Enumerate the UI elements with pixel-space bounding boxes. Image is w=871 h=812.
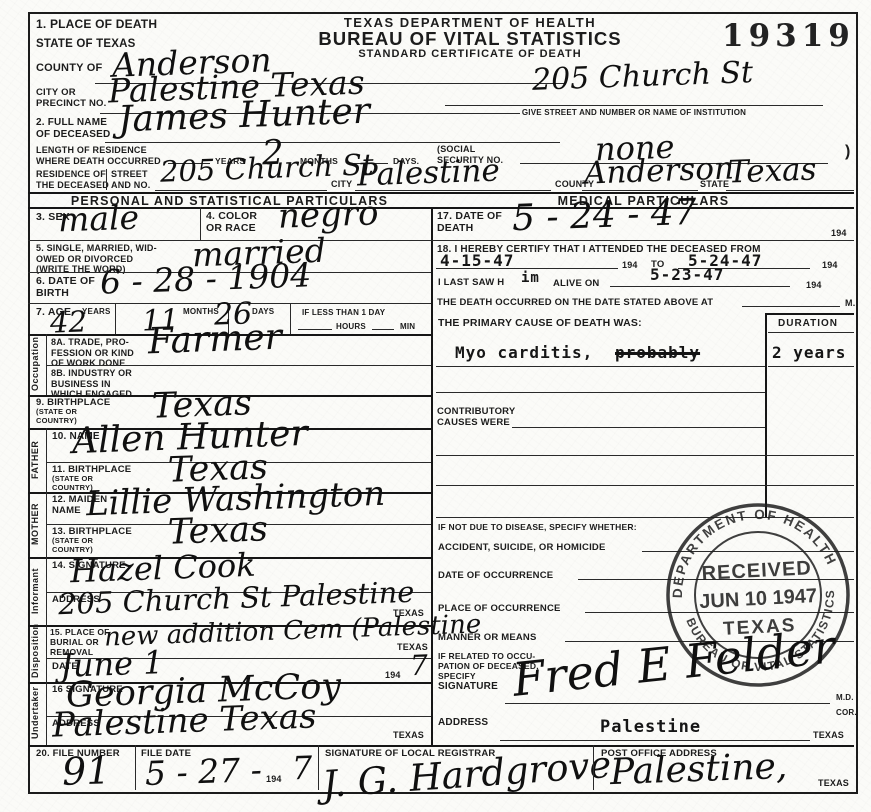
dod-year-stub: 194 (831, 228, 847, 239)
father-side-label: FATHER (30, 432, 45, 488)
contributory-label: CONTRIBUTORY CAUSES WERE (437, 406, 515, 428)
not-disease-label: IF NOT DUE TO DISEASE, SPECIFY WHETHER: (438, 522, 637, 532)
place-of-death-label: 1. PLACE OF DEATH (36, 17, 157, 31)
physician-signature-label: SIGNATURE (438, 681, 498, 693)
bureau-title: BUREAU OF VITAL STATISTICS (270, 28, 670, 50)
duration-label: DURATION (778, 318, 838, 330)
occurred-m-label: M. (845, 298, 855, 309)
death-certificate-scan: 1. PLACE OF DEATH STATE OF TEXAS TEXAS D… (0, 0, 871, 812)
attended-from-value: 4-15-47 (440, 253, 514, 269)
street-hint-label: GIVE STREET AND NUMBER OR NAME OF INSTIT… (445, 108, 823, 117)
residence-state-value: Texas (727, 154, 817, 188)
burial-date-year-stub: 194 (385, 670, 401, 681)
death-occurred-label: THE DEATH OCCURRED ON THE DATE STATED AB… (437, 297, 713, 308)
street-institution-value: 205 Church St (532, 58, 754, 96)
last-saw-pre-label: I LAST SAW H (438, 277, 504, 288)
residence-state-label: STATE (700, 179, 729, 190)
manner-or-means-label: MANNER OR MEANS (438, 632, 537, 643)
residence-of-label: RESIDENCE OF THE DECEASED (36, 169, 109, 190)
stamp-received-text: RECEIVED (701, 557, 812, 585)
birthdate-label: 6. DATE OF BIRTH (36, 275, 95, 300)
mother-side-label: MOTHER (30, 496, 45, 552)
birthdate-value: 6 - 28 - 1904 (99, 258, 311, 298)
date-of-death-value: 5 - 24 - 47 (511, 195, 697, 237)
min-label: MIN (400, 322, 415, 331)
file-date-year-value: 7 (291, 752, 312, 785)
certificate-title: STANDARD CERTIFICATE OF DEATH (300, 48, 640, 61)
undertaker-address-value: Palestine Texas (51, 699, 317, 742)
fullname-label: 2. FULL NAME OF DECEASED (36, 117, 110, 141)
length-residence-label: LENGTH OF RESIDENCE WHERE DEATH OCCURRED (36, 145, 161, 166)
age-days-label: DAYS (252, 307, 274, 316)
primary-cause-label: THE PRIMARY CAUSE OF DEATH WAS: (438, 317, 642, 329)
city-precinct-label: CITY OR PRECINCT NO. (36, 87, 107, 109)
post-office-texas: TEXAS (818, 778, 849, 789)
occupation-side-label: Occupation (30, 336, 45, 392)
primary-cause-value: Myo carditis, (455, 345, 593, 361)
attended-from-year-stub: 194 (622, 260, 638, 271)
file-number-value: 91 (61, 751, 111, 791)
primary-cause-struck-word: probably (615, 345, 700, 361)
cor-label: COR. (836, 708, 857, 717)
attended-to-year-stub: 194 (822, 260, 838, 271)
residence-city-value: Palestine (357, 156, 501, 192)
physician-address-texas: TEXAS (813, 730, 844, 741)
street-and-no-label: STREET AND NO. (111, 169, 150, 190)
file-date-value: 5 - 27 - (144, 753, 262, 790)
sex-value: male (57, 201, 139, 237)
fullname-value: James Hunter (117, 94, 370, 139)
ssn-close-paren: ) (845, 143, 851, 162)
certificate-number-stamp: 19319 (722, 18, 855, 54)
trade-value: Farmer (147, 320, 282, 361)
file-date-year-stub: 194 (266, 774, 282, 785)
physician-address-value: Palestine (600, 719, 701, 736)
informant-side-label: Informant (30, 562, 45, 620)
less-than-day-label: IF LESS THAN 1 DAY (302, 308, 385, 317)
hours-label: HOURS (336, 322, 366, 331)
last-saw-date-value: 5-23-47 (650, 267, 724, 283)
race-label: 4. COLOR OR RACE (206, 210, 257, 235)
undertaker-side-label: Undertaker (30, 686, 45, 740)
race-value: negro (277, 196, 379, 233)
stamp-date-text: JUN 10 1947 (699, 585, 818, 613)
alive-on-label: ALIVE ON (553, 278, 599, 289)
disposition-side-label: Disposition (30, 628, 45, 678)
county-of-label: COUNTY OF (36, 62, 102, 75)
physician-address-label: ADDRESS (438, 717, 488, 729)
residence-city-label: CITY (331, 179, 352, 190)
post-office-address-value: Palestine, (609, 749, 787, 791)
last-saw-fill-value: im (521, 271, 540, 285)
burial-date-year-value: 7 (410, 652, 429, 681)
date-of-death-label: 17. DATE OF DEATH (437, 210, 502, 235)
accident-suicide-label: ACCIDENT, SUICIDE, OR HOMICIDE (438, 542, 606, 553)
last-saw-year-stub: 194 (806, 280, 822, 291)
place-of-occurrence-label: PLACE OF OCCURRENCE (438, 603, 561, 614)
date-of-occurrence-label: DATE OF OCCURRENCE (438, 570, 553, 581)
duration-value: 2 years (772, 345, 846, 361)
undertaker-address-texas: TEXAS (393, 730, 424, 741)
